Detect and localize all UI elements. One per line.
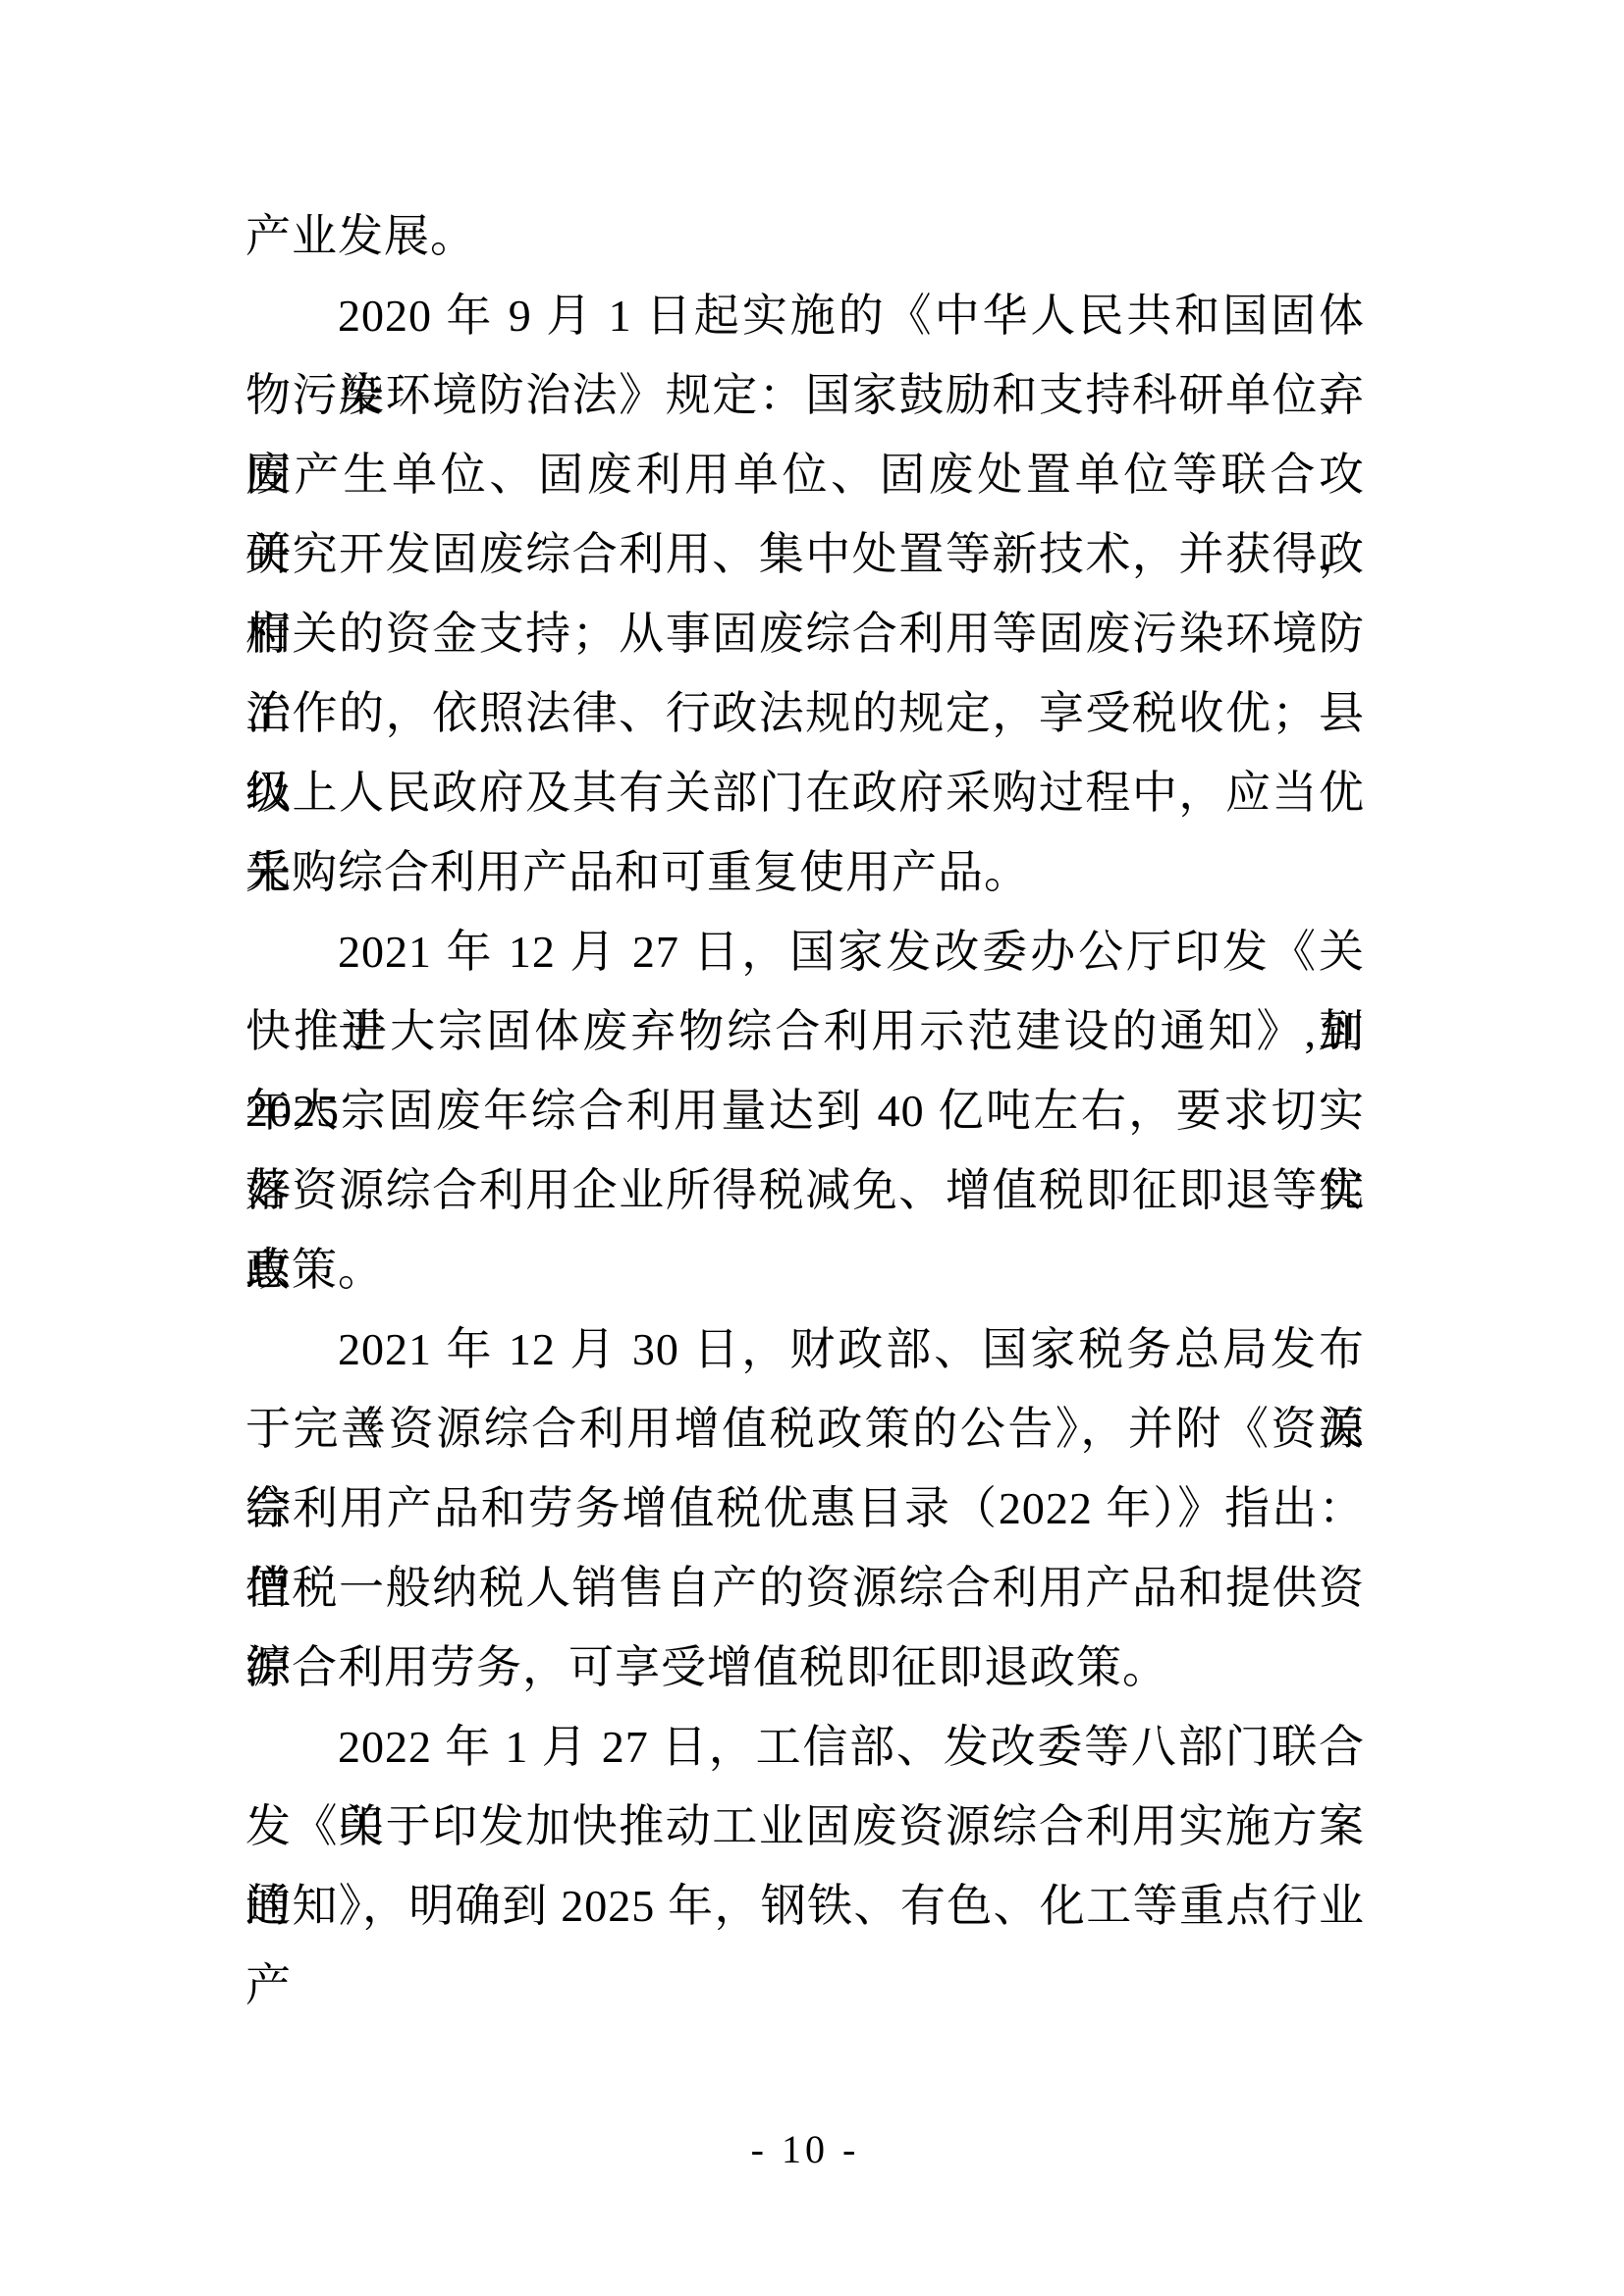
text-line: 合利用产品和劳务增值税优惠目录（2022 年）》指出：增: [245, 1468, 1365, 1548]
text-line: 物污染环境防治法》规定：国家鼓励和支持科研单位、固: [245, 355, 1365, 435]
text-line: 综合利用劳务，可享受增值税即征即退政策。: [245, 1628, 1365, 1707]
text-line: 相关的资金支持；从事固废综合利用等固废污染环境防治: [245, 594, 1365, 673]
text-line: 产业发展。: [245, 196, 1365, 276]
text-line: 2020 年 9 月 1 日起实施的《中华人民共和国固体废弃: [245, 276, 1365, 355]
text-line: 2022 年 1 月 27 日，工信部、发改委等八部门联合印: [245, 1707, 1365, 1787]
page-number: - 10 -: [245, 2120, 1365, 2179]
text-line: 2021 年 12 月 30 日，财政部、国家税务总局发布《关: [245, 1309, 1365, 1389]
text-line: 采购综合利用产品和可重复使用产品。: [245, 832, 1365, 912]
text-line: 政策。: [245, 1230, 1365, 1309]
text-line: 发《关于印发加快推动工业固废资源综合利用实施方案的: [245, 1787, 1365, 1866]
text-line: 工作的，依照法律、行政法规的规定，享受税收优；县级: [245, 673, 1365, 753]
text-line: 好资源综合利用企业所得税减免、增值税即征即退等优惠: [245, 1150, 1365, 1230]
text-line: 年大宗固废年综合利用量达到 40 亿吨左右，要求切实落实: [245, 1071, 1365, 1150]
document-page: 产业发展。2020 年 9 月 1 日起实施的《中华人民共和国固体废弃物污染环境…: [0, 0, 1624, 2296]
text-line: 废产生单位、固废利用单位、固废处置单位等联合攻关，: [245, 435, 1365, 514]
text-line: 于完善资源综合利用增值税政策的公告》，并附《资源综: [245, 1389, 1365, 1468]
text-line: 通知》，明确到 2025 年，钢铁、有色、化工等重点行业产: [245, 1866, 1365, 1946]
text-line: 快推进大宗固体废弃物综合利用示范建设的通知》,到 2025: [245, 991, 1365, 1071]
text-line: 值税一般纳税人销售自产的资源综合利用产品和提供资源: [245, 1548, 1365, 1628]
text-line: 研究开发固废综合利用、集中处置等新技术，并获得政府: [245, 514, 1365, 594]
document-body: 产业发展。2020 年 9 月 1 日起实施的《中华人民共和国固体废弃物污染环境…: [245, 196, 1365, 1946]
text-line: 以上人民政府及其有关部门在政府采购过程中，应当优先: [245, 753, 1365, 832]
text-line: 2021 年 12 月 27 日，国家发改委办公厅印发《关于加: [245, 912, 1365, 991]
